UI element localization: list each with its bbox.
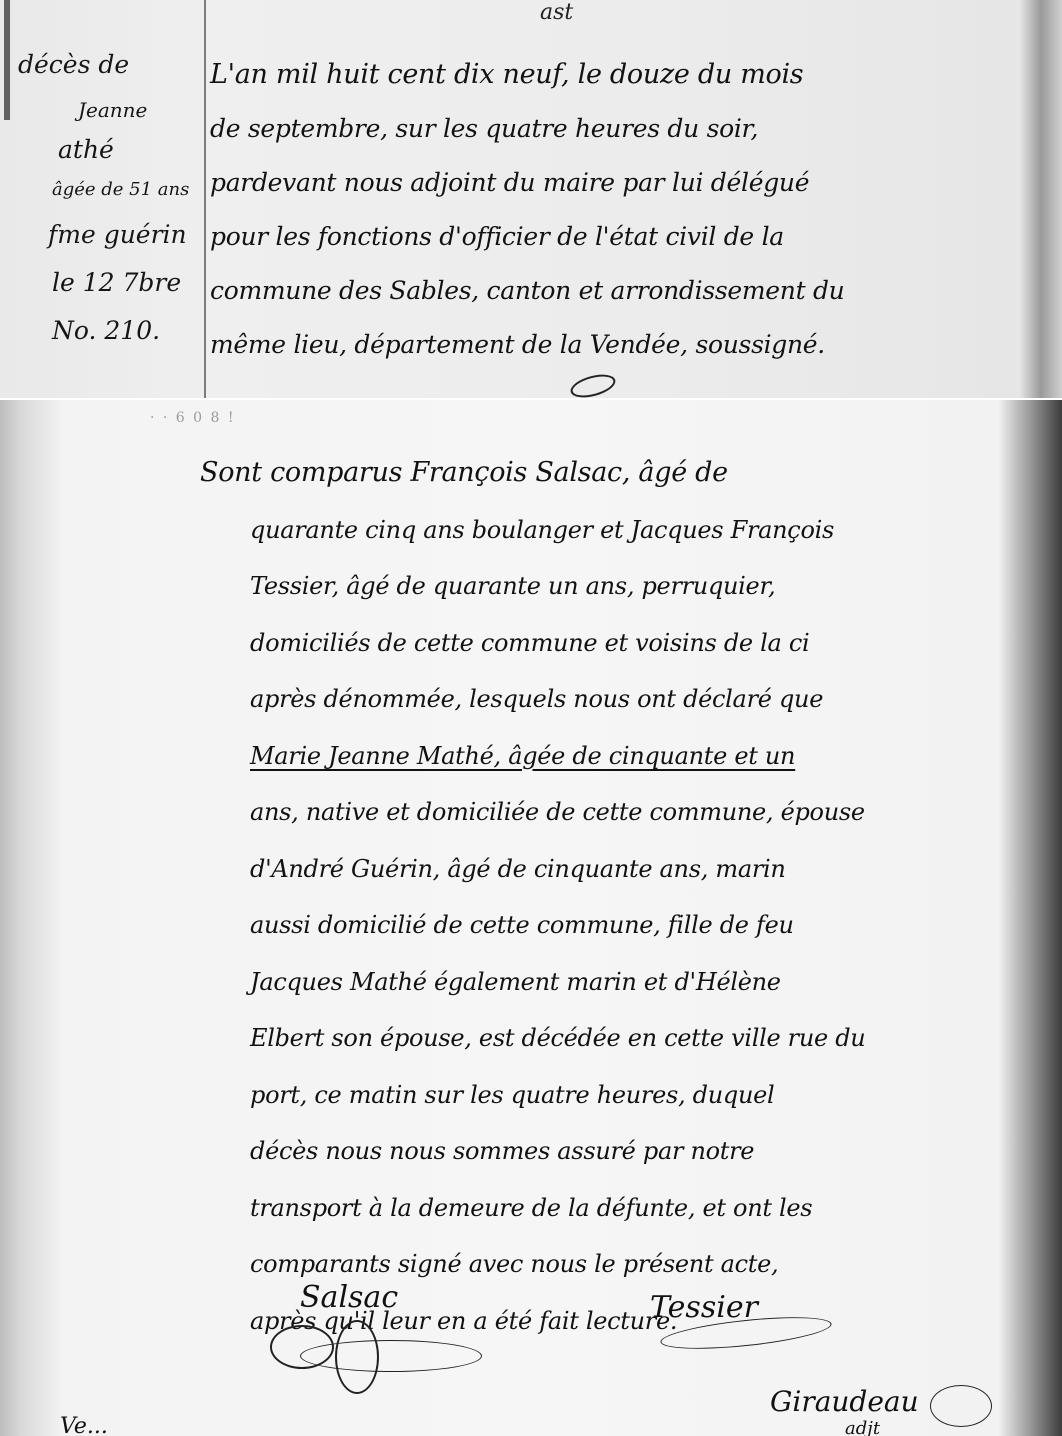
declaration-line: décès nous nous sommes assuré par notre: [250, 1123, 1040, 1180]
margin-rule: [204, 0, 206, 400]
top-annotation: ast: [540, 0, 573, 25]
declaration-line: port, ce matin sur les quatre heures, du…: [250, 1067, 1040, 1124]
declaration-line: Sont comparus François Salsac, âgé de: [200, 445, 1040, 502]
margin-note-line: décès de: [8, 40, 198, 90]
margin-note-line: le 12 7bre: [8, 260, 198, 306]
preamble-line: commune des Sables, canton et arrondisse…: [210, 264, 1030, 318]
preamble-line: pardevant nous adjoint du maire par lui …: [210, 156, 1030, 210]
next-entry-start: Ve...: [60, 1414, 108, 1436]
declaration-line-spouse: d'André Guérin, âgé de cinquante ans, ma…: [250, 841, 1040, 898]
declaration-line: Elbert son épouse, est décédée en cette …: [250, 1010, 1040, 1067]
margin-note-line: âgée de 51 ans: [8, 170, 198, 210]
declaration-line: transport à la demeure de la défunte, et…: [250, 1180, 1040, 1237]
preamble-line: de septembre, sur les quatre heures du s…: [210, 102, 1030, 156]
margin-note: décès de Jeanne athé âgée de 51 ans fme …: [8, 40, 198, 356]
margin-note-line: Jeanne: [8, 90, 198, 130]
signature-giraudeau: Giraudeau: [770, 1385, 919, 1418]
faded-stamp: · · 6 0 8 !: [150, 410, 236, 426]
margin-note-line: athé: [8, 130, 198, 170]
signature-flourish: [930, 1385, 992, 1427]
preamble-text: L'an mil huit cent dix neuf, le douze du…: [210, 48, 1030, 372]
declaration-line: ans, native et domiciliée de cette commu…: [250, 784, 1040, 841]
declaration-line: quarante cinq ans boulanger et Jacques F…: [250, 502, 1040, 559]
signature-salsac: Salsac: [300, 1280, 398, 1315]
official-title: adjt: [845, 1418, 880, 1436]
signature-flourish: [300, 1340, 482, 1372]
declaration-line: Tessier, âgé de quarante un ans, perruqu…: [250, 558, 1040, 615]
declaration-line: Jacques Mathé également marin et d'Hélèn…: [250, 954, 1040, 1011]
upper-register-page: ast décès de Jeanne athé âgée de 51 ans …: [0, 0, 1062, 400]
declaration-line: domiciliés de cette commune et voisins d…: [250, 615, 1040, 672]
declaration-text: Sont comparus François Salsac, âgé de qu…: [250, 445, 1040, 1349]
preamble-line: L'an mil huit cent dix neuf, le douze du…: [210, 48, 1030, 102]
declaration-line: après dénommée, lesquels nous ont déclar…: [250, 671, 1040, 728]
preamble-line: même lieu, département de la Vendée, sou…: [210, 318, 1030, 372]
preamble-line: pour les fonctions d'officier de l'état …: [210, 210, 1030, 264]
margin-note-line: fme guérin: [8, 210, 198, 260]
paraph-flourish: [568, 370, 618, 400]
declaration-line-deceased: Marie Jeanne Mathé, âgée de cinquante et…: [250, 728, 1040, 785]
margin-note-line: No. 210.: [8, 306, 198, 356]
declaration-line: aussi domicilié de cette commune, fille …: [250, 897, 1040, 954]
